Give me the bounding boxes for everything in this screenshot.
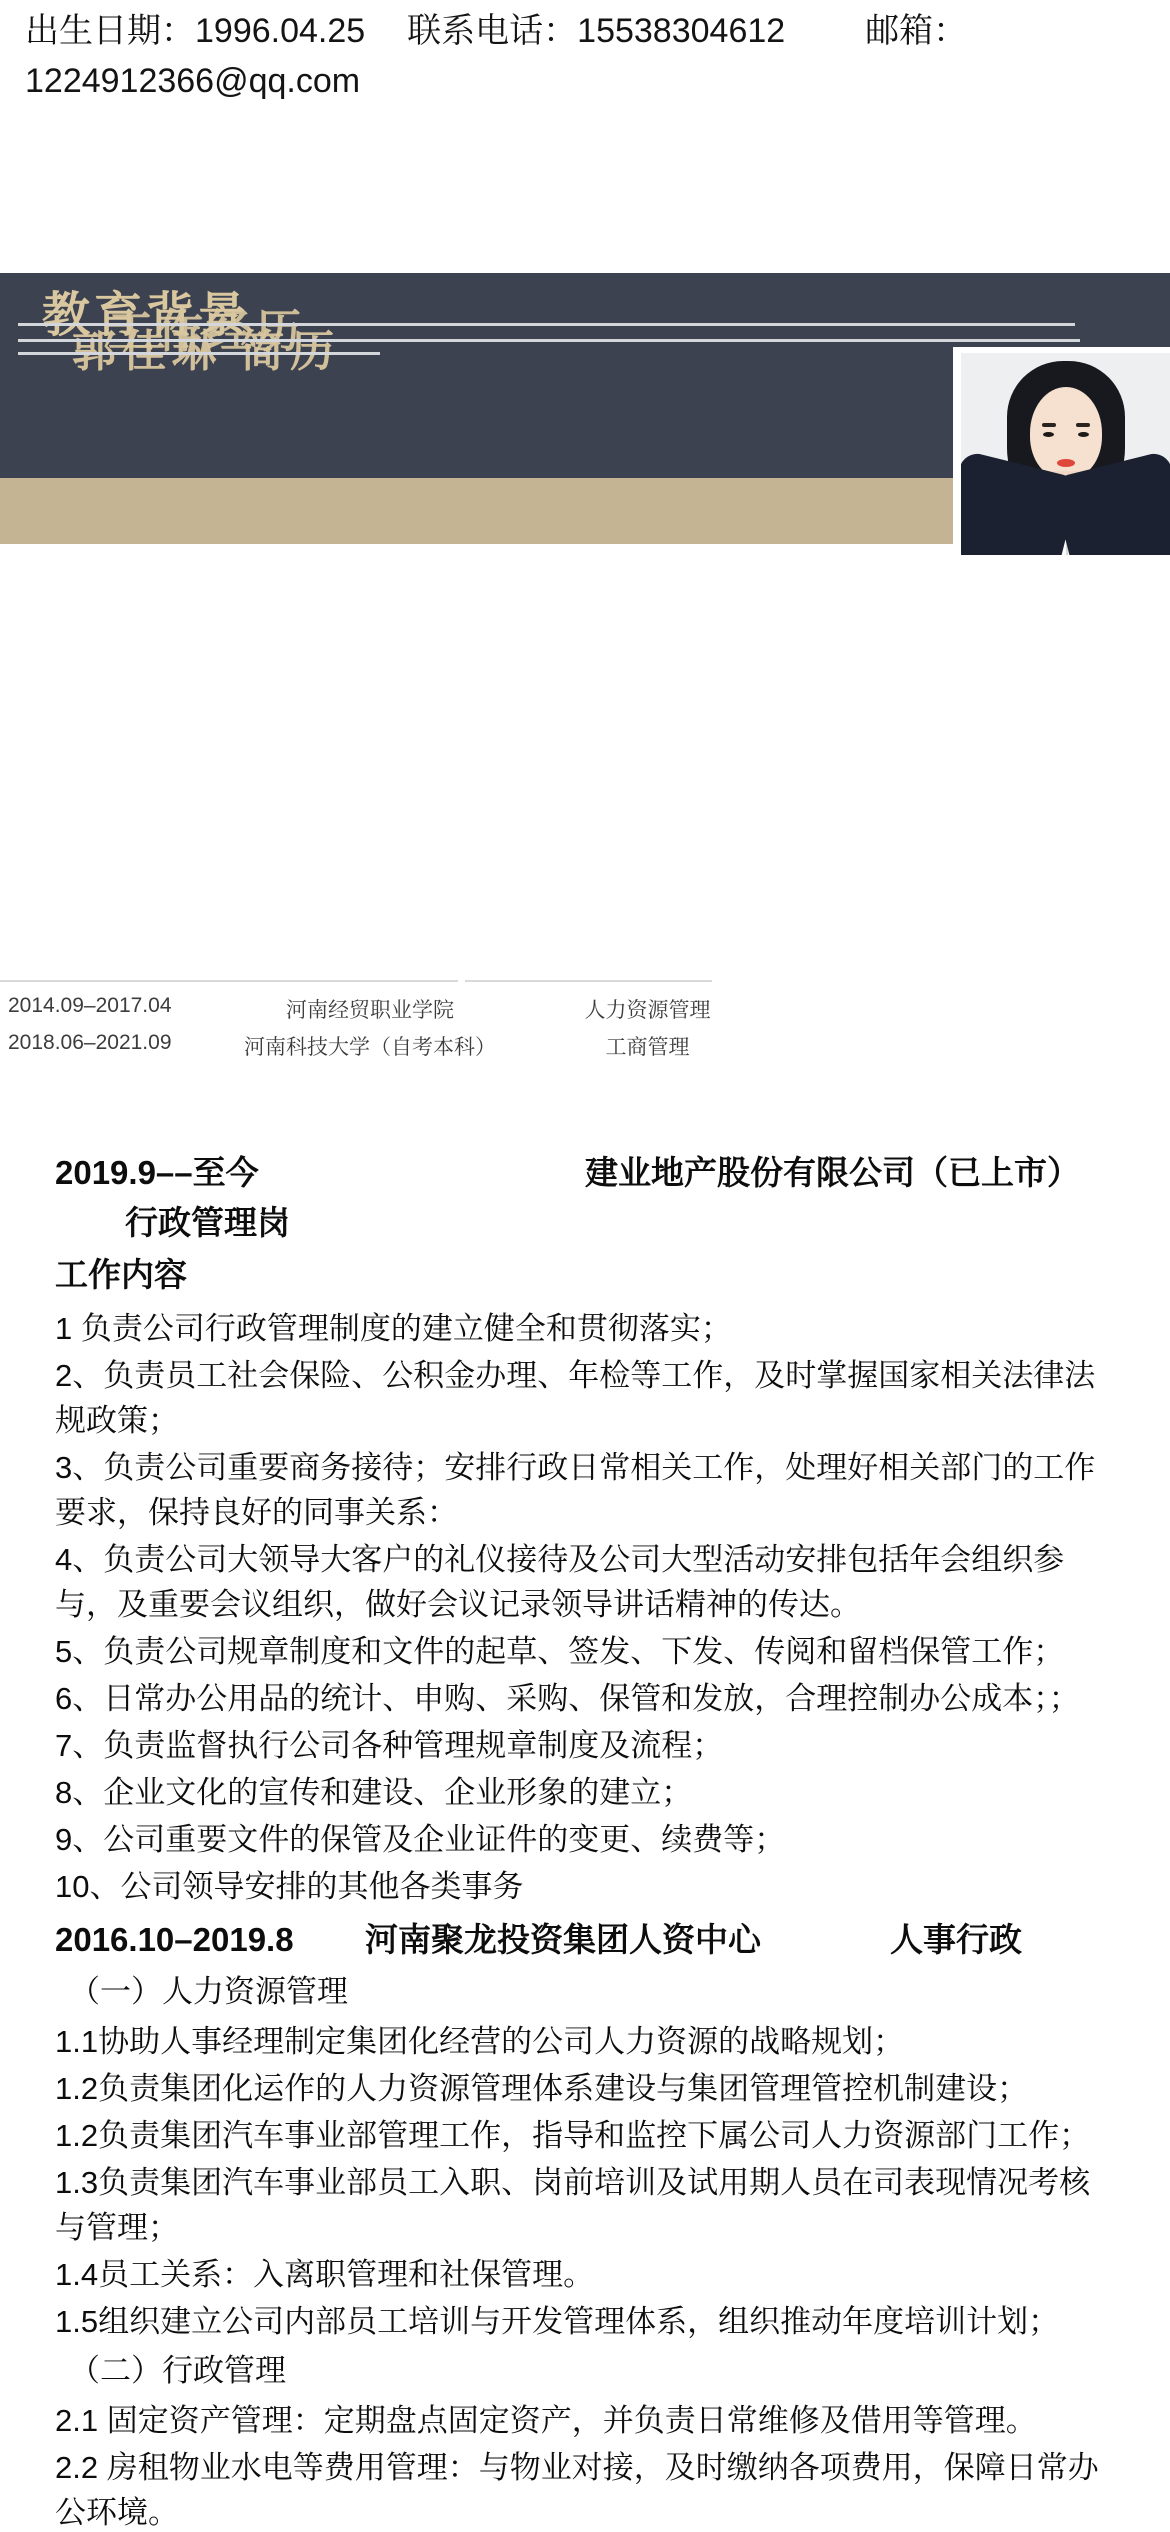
job2-duty: 1.1协助人事经理制定集团化经营的公司人力资源的战略规划； — [55, 2019, 1112, 2064]
job1-period: 2019.9––至今 — [55, 1154, 259, 1191]
job2-group2-heading: （二）行政管理 — [55, 2346, 1112, 2396]
job2-duty: 1.2负责集团化运作的人力资源管理体系建设与集团管理管控机制建设； — [55, 2066, 1112, 2111]
job2-duty: 2.2 房租物业水电等费用管理：与物业对接，及时缴纳各项费用，保障日常办公环境。 — [55, 2445, 1112, 2532]
education-period: 2018.06–2021.09 — [8, 1031, 188, 1055]
education-table-border — [465, 980, 712, 982]
job2-period: 2016.10–2019.8 — [55, 1921, 294, 1958]
job2-duty: 2.1 固定资产管理：定期盘点固定资产，并负责日常维修及借用等管理。 — [55, 2398, 1112, 2443]
contact-info: 出生日期：1996.04.25 联系电话：15538304612 邮箱： 122… — [25, 6, 975, 106]
education-row: 2018.06–2021.09 河南科技大学（自考本科） 工商管理 — [0, 1031, 740, 1068]
job1-duty: 5、负责公司规章制度和文件的起草、签发、下发、传阅和留档保管工作； — [55, 1629, 1112, 1674]
portrait-photo — [961, 353, 1170, 555]
portrait-eye-left — [1043, 432, 1054, 437]
phone-number: 联系电话：15538304612 — [407, 6, 785, 56]
education-major: 工商管理 — [560, 1031, 735, 1061]
job1-company: 建业地产股份有限公司（已上市） — [585, 1148, 1080, 1198]
education-school: 河南科技大学（自考本科） — [180, 1031, 560, 1061]
header-divider-line-1 — [18, 323, 1075, 326]
education-table-border — [0, 980, 458, 982]
job1-duty: 8、企业文化的宣传和建设、企业形象的建立； — [55, 1770, 1112, 1815]
education-row: 2014.09–2017.04 河南经贸职业学院 人力资源管理 — [0, 994, 740, 1031]
job1-duty: 4、负责公司大领导大客户的礼仪接待及公司大型活动安排包括年会组织参与，及重要会议… — [55, 1537, 1112, 1627]
header-divider-line-2 — [18, 339, 1080, 342]
job1-duty: 3、负责公司重要商务接待；安排行政日常相关工作，处理好相关部门的工作要求，保持良… — [55, 1445, 1112, 1535]
job2-duty: 1.5组织建立公司内部员工培训与开发管理体系，组织推动年度培训计划； — [55, 2299, 1112, 2344]
job2-duty: 1.4员工关系：入离职管理和社保管理。 — [55, 2252, 1112, 2297]
portrait-lips — [1057, 459, 1075, 467]
job2-company: 河南聚龙投资集团人资中心 — [365, 1915, 761, 1965]
portrait-brow-right — [1076, 423, 1090, 427]
job2-duty: 1.2负责集团汽车事业部管理工作，指导和监控下属公司人力资源部门工作； — [55, 2113, 1112, 2158]
job1-duty: 10、公司领导安排的其他各类事务 — [55, 1864, 1112, 1909]
header-divider-line-3 — [18, 352, 380, 355]
job1-duty: 9、公司重要文件的保管及企业证件的变更、续费等； — [55, 1817, 1112, 1862]
job1-duty: 6、日常办公用品的统计、申购、采购、保管和发放，合理控制办公成本；； — [55, 1676, 1112, 1721]
education-major: 人力资源管理 — [560, 994, 735, 1024]
portrait-face — [1030, 387, 1102, 479]
job2-group1-heading: （一）人力资源管理 — [55, 1967, 1112, 2017]
email-label: 邮箱： — [865, 6, 967, 56]
job1-duty: 2、负责员工社会保险、公积金办理、年检等工作，及时掌握国家相关法律法规政策； — [55, 1353, 1112, 1443]
birth-date: 出生日期：1996.04.25 — [25, 6, 365, 56]
job1-header: 2019.9––至今 建业地产股份有限公司（已上市） — [55, 1148, 1112, 1198]
job2-duty: 1.3负责集团汽车事业部员工入职、岗前培训及试用期人员在司表现情况考核与管理； — [55, 2160, 1112, 2250]
job1-duty: 7、负责监督执行公司各种管理规章制度及流程； — [55, 1723, 1112, 1768]
portrait-brow-left — [1042, 423, 1056, 427]
education-school: 河南经贸职业学院 — [180, 994, 560, 1024]
email-value: 1224912366@qq.com — [25, 56, 360, 106]
job2-position: 人事行政 — [890, 1915, 1022, 1965]
job2-header: 2016.10–2019.8 河南聚龙投资集团人资中心 人事行政 — [55, 1915, 1112, 1965]
resume-page: 教育背景 工作经历 郭佳琳 简历 出生日期：1996.04.25 联系电话：15… — [0, 0, 1170, 2532]
job1-position: 行政管理岗 — [125, 1198, 1112, 1248]
photo-frame — [953, 347, 1170, 567]
job1-duty: 1 负责公司行政管理制度的建立健全和贯彻落实； — [55, 1306, 1112, 1351]
job1-section-label: 工作内容 — [55, 1250, 1112, 1300]
education-period: 2014.09–2017.04 — [8, 994, 188, 1018]
work-experience-section: 2019.9––至今 建业地产股份有限公司（已上市） 行政管理岗 工作内容 1 … — [55, 1148, 1112, 2532]
portrait-eye-right — [1078, 432, 1089, 437]
